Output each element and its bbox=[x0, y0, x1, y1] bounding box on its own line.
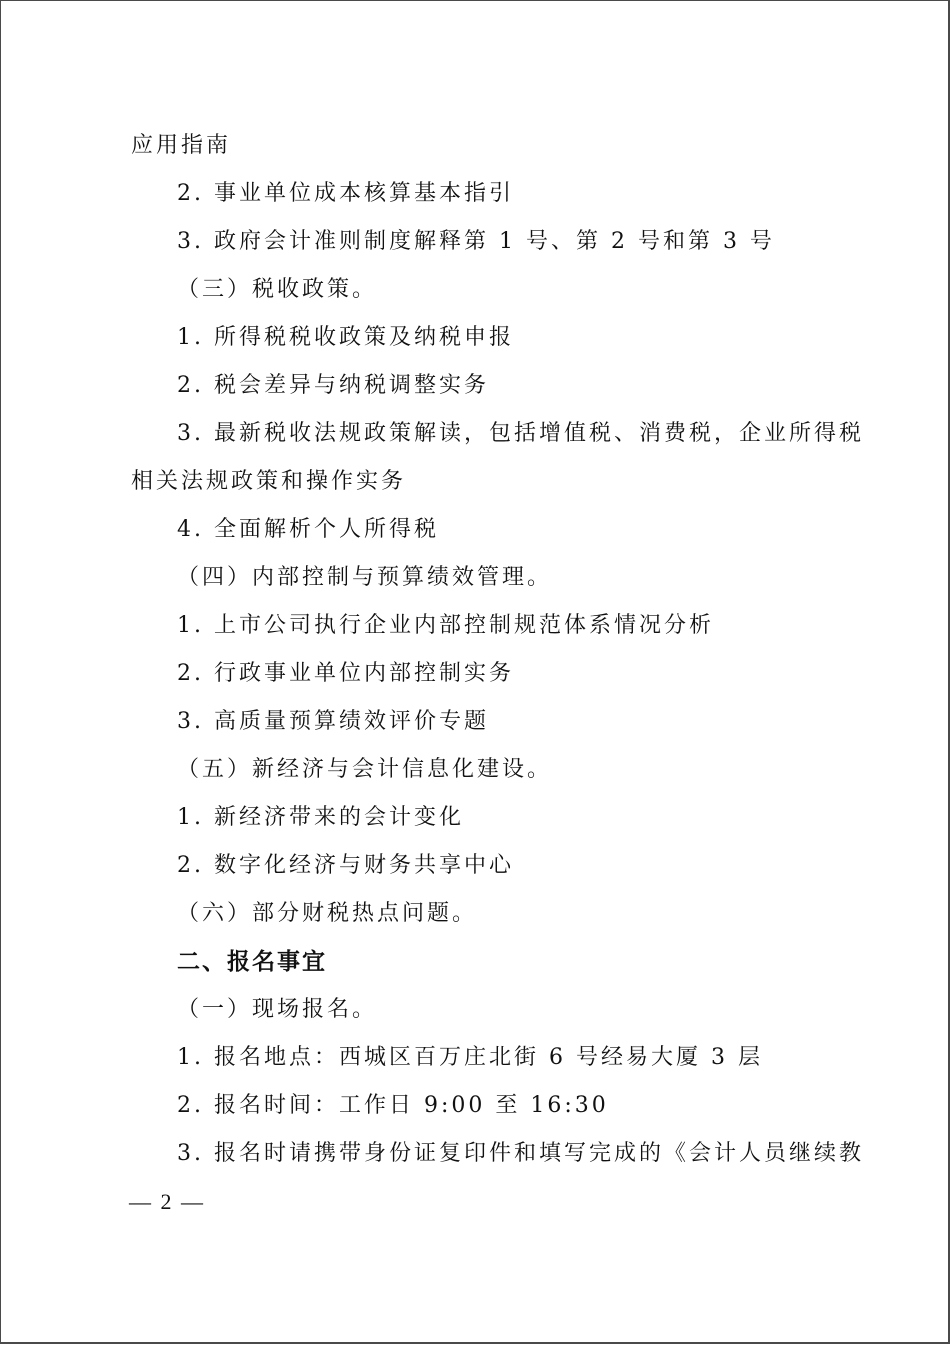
section-subheading: （一）现场报名。 bbox=[177, 995, 377, 1025]
list-item: 3. 报名时请携带身份证复印件和填写完成的《会计人员继续教 bbox=[177, 1139, 864, 1169]
list-item: 1. 新经济带来的会计变化 bbox=[177, 803, 464, 833]
text-line-continuation: 相关法规政策和操作实务 bbox=[131, 467, 406, 497]
section-subheading: （四）内部控制与预算绩效管理。 bbox=[177, 563, 552, 593]
document-page: 应用指南 2. 事业单位成本核算基本指引 3. 政府会计准则制度解释第 1 号、… bbox=[0, 0, 950, 1344]
page-number: — 2 — bbox=[129, 1189, 205, 1215]
list-item: 4. 全面解析个人所得税 bbox=[177, 515, 439, 545]
list-item: 2. 报名时间：工作日 9:00 至 16:30 bbox=[177, 1091, 609, 1121]
list-item: 1. 报名地点：西城区百万庄北街 6 号经易大厦 3 层 bbox=[177, 1043, 763, 1073]
list-item: 3. 最新税收法规政策解读，包括增值税、消费税，企业所得税 bbox=[177, 419, 864, 449]
section-heading: 二、报名事宜 bbox=[177, 947, 327, 977]
list-item: 2. 税会差异与纳税调整实务 bbox=[177, 371, 489, 401]
list-item: 1. 所得税税收政策及纳税申报 bbox=[177, 323, 514, 353]
section-subheading: （六）部分财税热点问题。 bbox=[177, 899, 477, 929]
list-item: 3. 高质量预算绩效评价专题 bbox=[177, 707, 489, 737]
section-subheading: （五）新经济与会计信息化建设。 bbox=[177, 755, 552, 785]
list-item: 2. 行政事业单位内部控制实务 bbox=[177, 659, 514, 689]
text-line-continuation: 应用指南 bbox=[131, 131, 231, 161]
section-subheading: （三）税收政策。 bbox=[177, 275, 377, 305]
list-item: 3. 政府会计准则制度解释第 1 号、第 2 号和第 3 号 bbox=[177, 227, 775, 257]
list-item: 2. 数字化经济与财务共享中心 bbox=[177, 851, 514, 881]
list-item: 2. 事业单位成本核算基本指引 bbox=[177, 179, 514, 209]
list-item: 1. 上市公司执行企业内部控制规范体系情况分析 bbox=[177, 611, 714, 641]
